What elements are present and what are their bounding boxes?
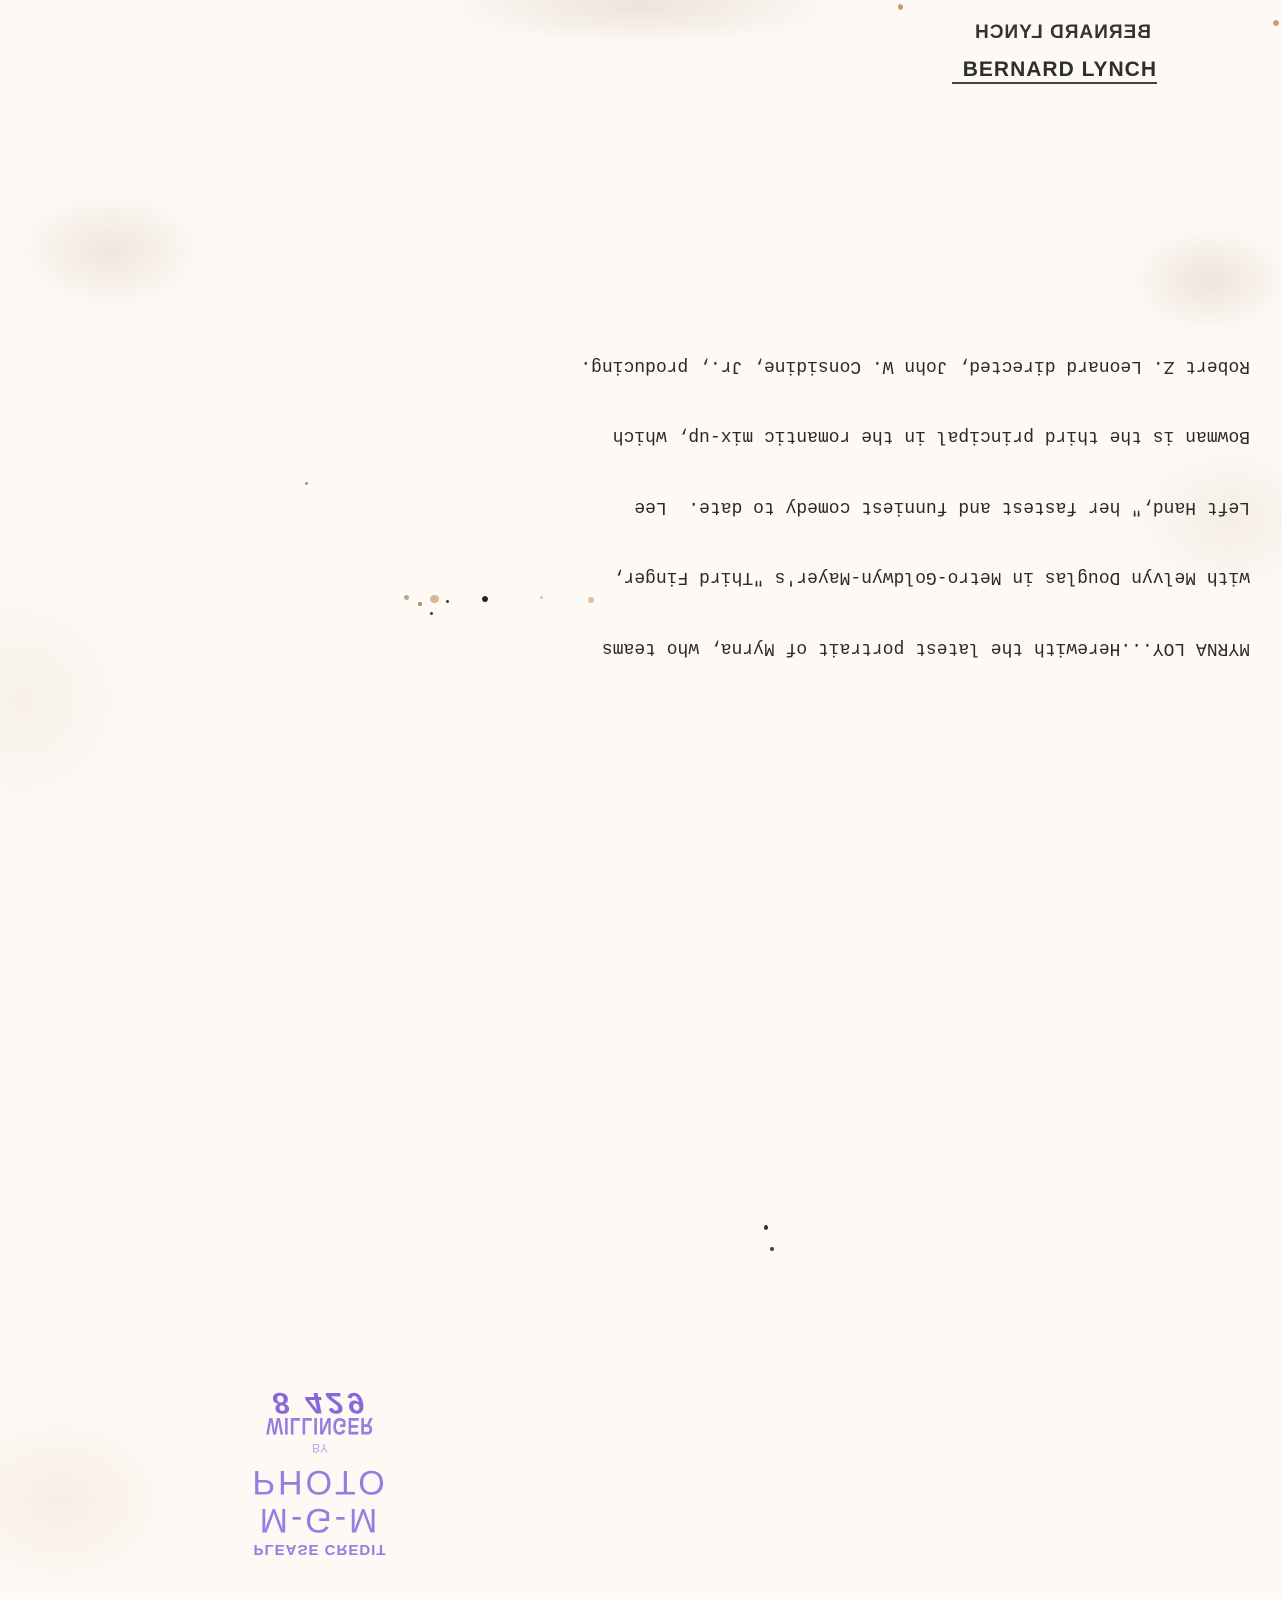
caption-line: Left Hand," her fastest and funniest com… <box>160 495 1250 519</box>
stain-spot <box>770 1247 774 1251</box>
credit-stamp-studio: M-G-M PHOTO <box>200 1463 440 1539</box>
credit-stamp: PLEASE CREDIT M-G-M PHOTO BY WILLINGER 8… <box>200 1385 440 1558</box>
stain-spot <box>430 612 433 615</box>
stain-spot <box>305 482 308 485</box>
photographer-stamp-upright: BERNARD LYNCH <box>952 58 1157 84</box>
stain-spot <box>898 4 903 10</box>
stain-spot <box>418 602 422 606</box>
stain-spot <box>446 600 449 603</box>
typed-caption: MYRNA LOY...Herewith the latest portrait… <box>160 330 1250 706</box>
caption-line: with Melvyn Douglas in Metro-Goldwyn-May… <box>160 565 1250 589</box>
stain-spot <box>588 597 594 603</box>
photographer-stamp: BERNARD LYNCH BERNARD LYNCH <box>960 22 1180 84</box>
photographer-stamp-mirrored: BERNARD LYNCH <box>960 22 1165 44</box>
caption-line: Robert Z. Leonard directed, John W. Cons… <box>160 354 1250 378</box>
credit-stamp-by: BY <box>200 1441 440 1455</box>
stain-spot <box>1273 20 1279 26</box>
credit-stamp-please-credit: PLEASE CREDIT <box>200 1541 440 1558</box>
caption-line: Bowman is the third principal in the rom… <box>160 424 1250 448</box>
stain-spot <box>764 1225 768 1230</box>
caption-line: MYRNA LOY...Herewith the latest portrait… <box>160 636 1250 660</box>
stain-spot <box>482 596 488 602</box>
stain-spot <box>540 596 543 599</box>
stain-spot <box>404 595 409 600</box>
photo-paper-background <box>0 0 1282 1599</box>
credit-stamp-photographer: WILLINGER <box>230 1411 410 1439</box>
stain-spot <box>430 595 439 603</box>
